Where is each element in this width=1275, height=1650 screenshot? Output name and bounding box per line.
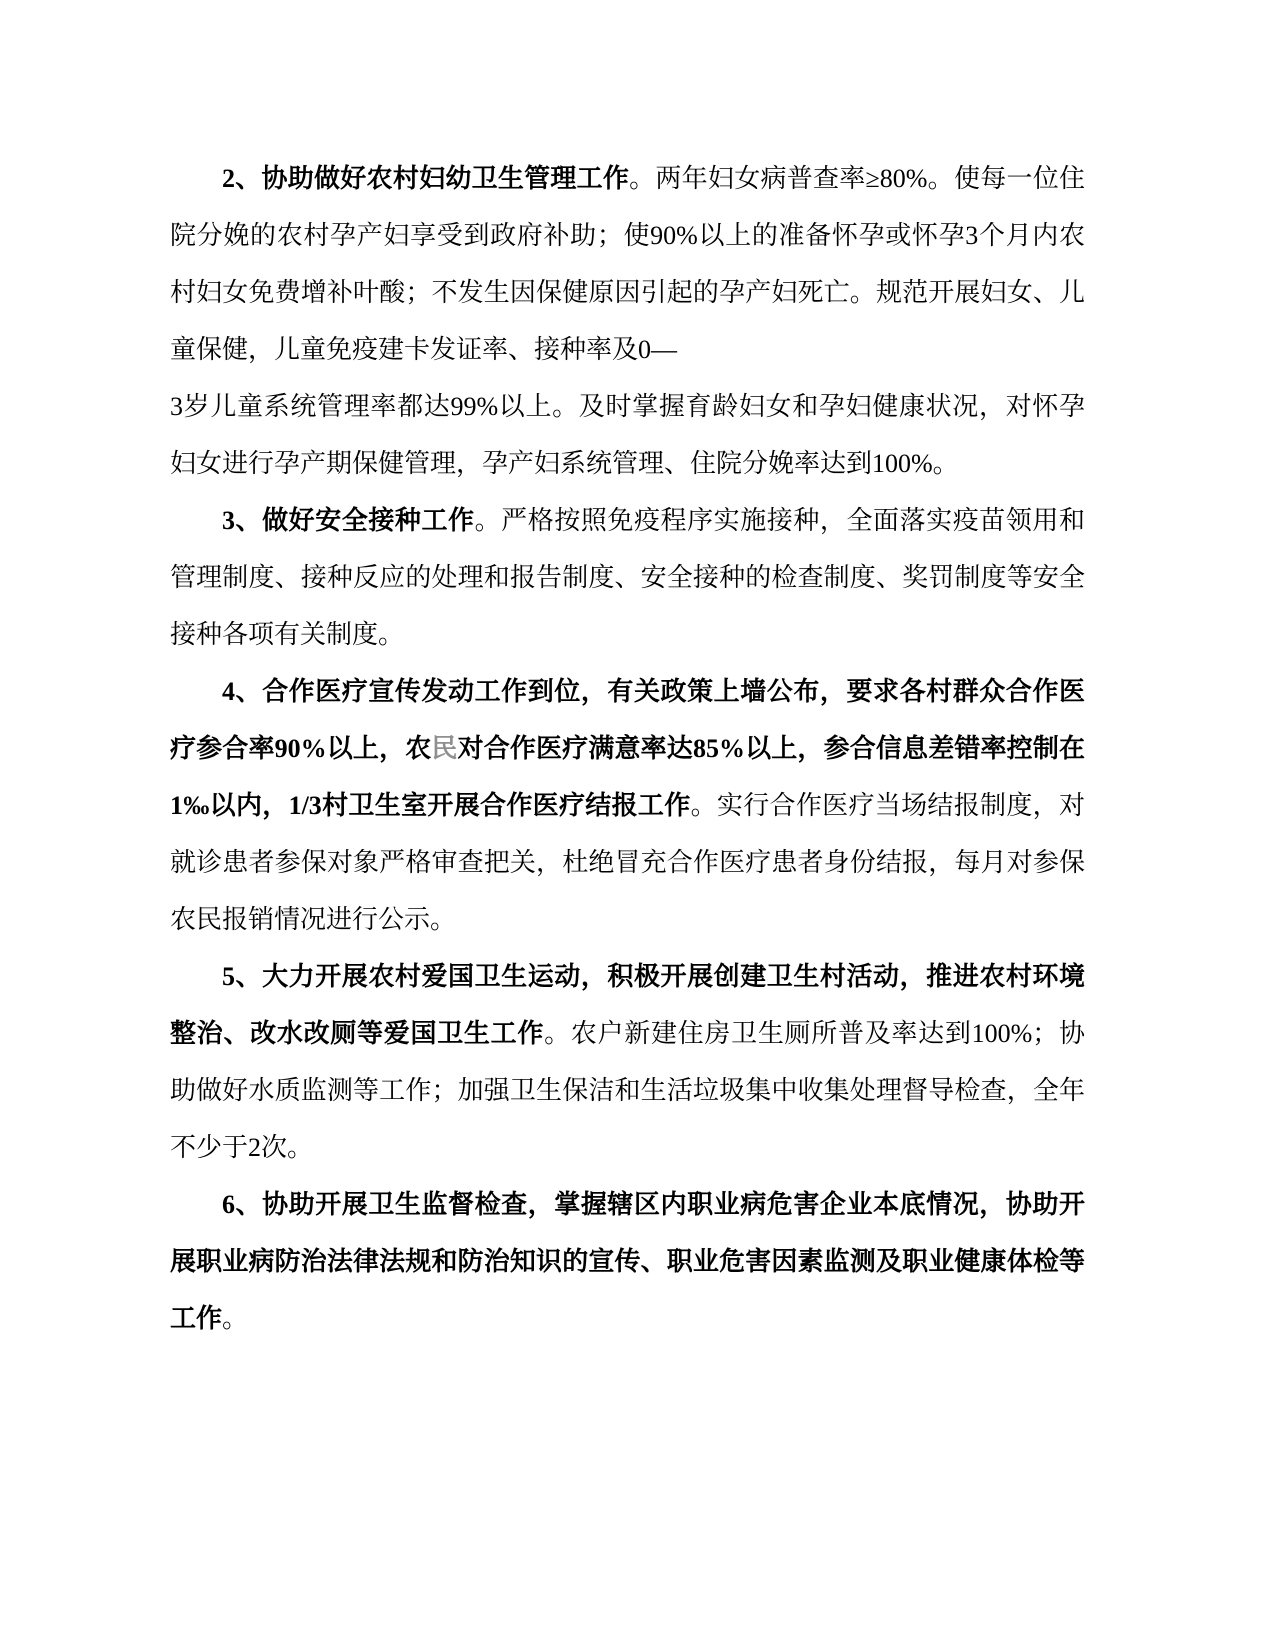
- paragraph-3: 3、做好安全接种工作。严格按照免疫程序实施接种，全面落实疫苗领用和管理制度、接种…: [170, 492, 1085, 663]
- bold-text-run: 2、协助做好农村妇幼卫生管理工作: [222, 164, 629, 193]
- paragraph-2: 3岁儿童系统管理率都达99%以上。及时掌握育龄妇女和孕妇健康状况，对怀孕妇女进行…: [170, 378, 1085, 492]
- bold-text-run: 3、做好安全接种工作: [222, 506, 475, 535]
- text-run: 。两年妇女病普查率≥80%。使每一位住院分娩的农村孕产妇享受到政府补助；使90%…: [170, 164, 1085, 364]
- bold-text-run: 民: [431, 734, 457, 763]
- paragraph-4: 4、合作医疗宣传发动工作到位，有关政策上墙公布，要求各村群众合作医疗参合率90%…: [170, 663, 1085, 948]
- paragraph-5: 5、大力开展农村爱国卫生运动，积极开展创建卫生村活动，推进农村环境整治、改水改厕…: [170, 948, 1085, 1176]
- bold-text-run: 6、协助开展卫生监督检查，掌握辖区内职业病危害企业本底情况，协助开展职业病防治法…: [170, 1190, 1085, 1333]
- document-page: 2、协助做好农村妇幼卫生管理工作。两年妇女病普查率≥80%。使每一位住院分娩的农…: [0, 0, 1275, 1650]
- paragraph-6: 6、协助开展卫生监督检查，掌握辖区内职业病危害企业本底情况，协助开展职业病防治法…: [170, 1176, 1085, 1347]
- document-body: 2、协助做好农村妇幼卫生管理工作。两年妇女病普查率≥80%。使每一位住院分娩的农…: [170, 150, 1085, 1347]
- paragraph-1: 2、协助做好农村妇幼卫生管理工作。两年妇女病普查率≥80%。使每一位住院分娩的农…: [170, 150, 1085, 378]
- text-run: 3岁儿童系统管理率都达99%以上。及时掌握育龄妇女和孕妇健康状况，对怀孕妇女进行…: [170, 392, 1085, 478]
- text-run: 。: [222, 1304, 248, 1333]
